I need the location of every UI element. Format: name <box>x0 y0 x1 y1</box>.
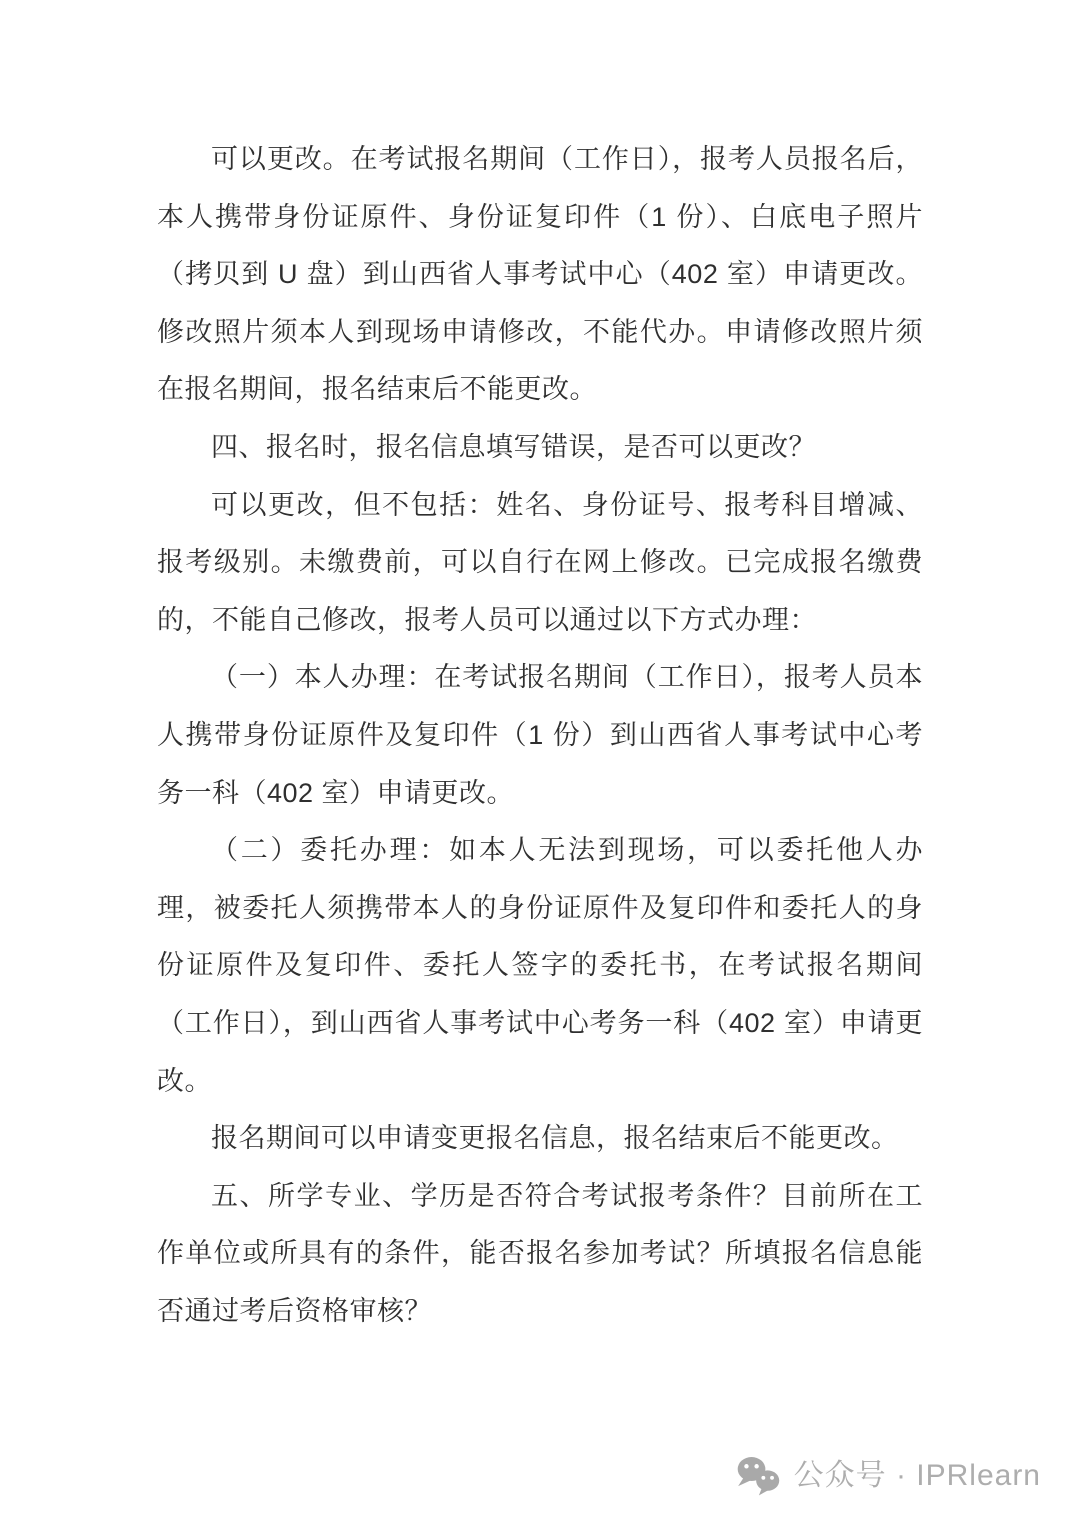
paragraph-question-5: 五、所学专业、学历是否符合考试报考条件？目前所在工作单位或所具有的条件，能否报名… <box>157 1168 923 1341</box>
wechat-watermark: 公众号 · IPRlearn <box>734 1454 1041 1497</box>
paragraph-answer-4-option-2: （二）委托办理：如本人无法到现场，可以委托他人办理，被委托人须携带本人的身份证原… <box>157 822 923 1110</box>
paragraph-answer-4-intro: 可以更改，但不包括：姓名、身份证号、报考科目增减、报考级别。未缴费前，可以自行在… <box>157 477 923 650</box>
wechat-icon <box>734 1454 782 1497</box>
paragraph-question-4: 四、报名时，报名信息填写错误，是否可以更改？ <box>157 419 923 477</box>
paragraph-answer-4-option-1: （一）本人办理：在考试报名期间（工作日），报考人员本人携带身份证原件及复印件（1… <box>157 649 923 822</box>
article-page: 可以更改。在考试报名期间（工作日），报考人员报名后，本人携带身份证原件、身份证复… <box>0 0 1080 1527</box>
paragraph-answer-4-note: 报名期间可以申请变更报名信息，报名结束后不能更改。 <box>157 1110 923 1168</box>
paragraph-answer-photo-change: 可以更改。在考试报名期间（工作日），报考人员报名后，本人携带身份证原件、身份证复… <box>157 131 923 419</box>
watermark-label: 公众号 · IPRlearn <box>794 1461 1041 1491</box>
article-body: 可以更改。在考试报名期间（工作日），报考人员报名后，本人携带身份证原件、身份证复… <box>157 131 923 1340</box>
